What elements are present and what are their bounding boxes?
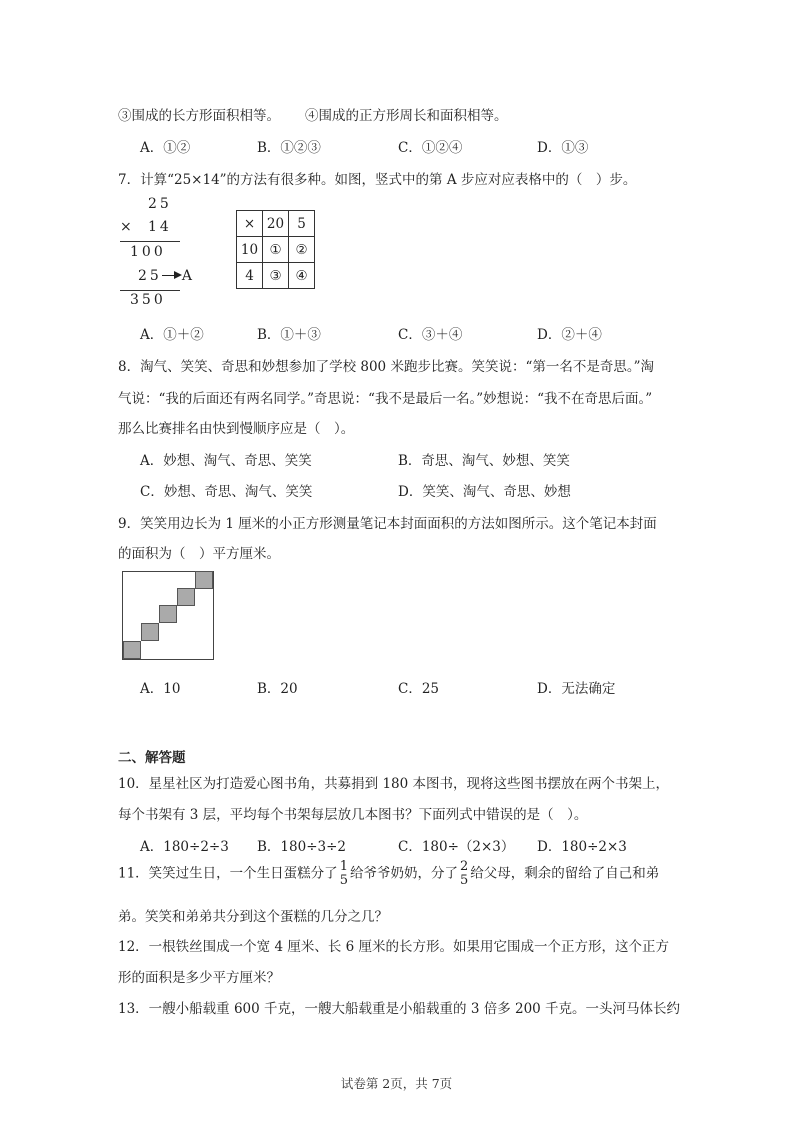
q7-option-a: A．①＋② <box>140 323 204 343</box>
vertical-multiplication: 25 × 14 100 25A 350 <box>118 196 208 311</box>
q7-option-d: D．②＋④ <box>537 323 602 343</box>
fraction-denominator: 5 <box>340 874 348 888</box>
q6-option-c: C．①②④ <box>398 136 462 156</box>
q9-option-c: C．25 <box>398 677 439 697</box>
q11-suffix: 给父母，剩余的留给了自己和弟 <box>470 866 659 882</box>
unit-square <box>159 605 177 623</box>
q10-line-2: 每个书架有 3 层，平均每个书架每层放几本图书？下面列式中错误的是（ ）。 <box>118 803 587 823</box>
vm-rule-1 <box>120 241 180 242</box>
q8-options-row-1: A．妙想、淘气、奇思、笑笑 B．奇思、淘气、妙想、笑笑 <box>0 449 793 469</box>
fraction-one-fifth: 15 <box>340 860 348 888</box>
q10-option-a: A．180÷2÷3 <box>140 835 229 855</box>
section-title: 二、解答题 <box>118 746 186 766</box>
q10-options: A．180÷2÷3 B．180÷3÷2 C．180÷（2×3） D．180÷2×… <box>0 835 793 855</box>
q8-line-1: 8．淘气、笑笑、奇思和妙想参加了学校 800 米跑步比赛。笑笑说：“第一名不是奇… <box>118 355 654 375</box>
q6-options: A．①② B．①②③ C．①②④ D．①③ <box>0 136 793 156</box>
q8-line-3: 那么比赛排名由快到慢顺序应是（ ）。 <box>118 417 354 437</box>
q11-line-1: 11．笑笑过生日，一个生日蛋糕分了15给爷爷奶奶，分了25给父母，剩余的留给了自… <box>118 860 659 888</box>
q9-option-a: A．10 <box>140 677 180 697</box>
q7-option-c: C．③＋④ <box>398 323 462 343</box>
grid-cell: ③ <box>263 263 289 289</box>
fraction-denominator: 5 <box>460 874 468 888</box>
unit-square <box>177 588 195 606</box>
q7-options: A．①＋② B．①＋③ C．③＋④ D．②＋④ <box>0 323 793 343</box>
q7-option-b: B．①＋③ <box>257 323 321 343</box>
vm-row3: 100 <box>130 244 166 260</box>
unit-square <box>141 623 159 641</box>
fraction-numerator: 2 <box>460 860 468 874</box>
fraction-numerator: 1 <box>340 860 348 874</box>
grid-cell: 10 <box>237 237 263 263</box>
grid-row: 10 ① ② <box>237 237 315 263</box>
arrow-right-icon <box>162 271 182 281</box>
vm-row2: 14 <box>148 219 172 235</box>
unit-square <box>123 641 141 659</box>
grid-cell: × <box>237 211 263 237</box>
notebook-cover-figure <box>122 571 214 660</box>
vm-row4-label: A <box>182 268 195 284</box>
q12-line-2: 形的面积是多少平方厘米？ <box>118 966 280 986</box>
q6-option-d: D．①③ <box>537 136 588 156</box>
grid-row: × 20 5 <box>237 211 315 237</box>
q12-line-1: 12．一根铁丝围成一个宽 4 厘米、长 6 厘米的长方形。如果用它围成一个正方形… <box>118 935 669 955</box>
q8-option-d: D．笑笑、淘气、奇思、妙想 <box>398 480 571 500</box>
q11-prefix: 11．笑笑过生日，一个生日蛋糕分了 <box>118 866 338 882</box>
grid-cell: ② <box>289 237 315 263</box>
grid-cell: ④ <box>289 263 315 289</box>
q6-statement-3: ③围成的长方形面积相等。 <box>118 104 280 124</box>
q9-line-2: 的面积为（ ）平方厘米。 <box>118 542 280 562</box>
q9-line-1: 9．笑笑用边长为 1 厘米的小正方形测量笔记本封面面积的方法如图所示。这个笔记本… <box>118 512 657 532</box>
vm-times-sign: × <box>120 219 135 235</box>
q11-line-2: 弟。笑笑和弟弟共分到这个蛋糕的几分之几？ <box>118 905 388 925</box>
q8-option-c: C．妙想、奇思、淘气、笑笑 <box>140 480 312 500</box>
q10-option-c: C．180÷（2×3） <box>398 835 514 855</box>
q6-statement-4: ④围成的正方形周长和面积相等。 <box>305 104 508 124</box>
grid-cell: 20 <box>263 211 289 237</box>
grid-cell: ① <box>263 237 289 263</box>
vm-row4-value: 25 <box>138 268 162 284</box>
multiplication-grid-table: × 20 5 10 ① ② 4 ③ ④ <box>236 210 315 289</box>
q8-options-row-2: C．妙想、奇思、淘气、笑笑 D．笑笑、淘气、奇思、妙想 <box>0 480 793 500</box>
q6-option-b: B．①②③ <box>257 136 321 156</box>
page-footer: 试卷第 2页，共 7页 <box>0 1074 793 1092</box>
q9-option-d: D．无法确定 <box>537 677 615 697</box>
vm-rule-2 <box>120 290 180 291</box>
q8-line-2: 气说：“我的后面还有两名同学。”奇思说：“我不是最后一名。”妙想说：“我不在奇思… <box>118 387 652 407</box>
q13-line-1: 13．一艘小船载重 600 千克，一艘大船载重是小船载重的 3 倍多 200 千… <box>118 997 680 1017</box>
q10-option-b: B．180÷3÷2 <box>257 835 346 855</box>
fraction-two-fifths: 25 <box>460 860 468 888</box>
q10-line-1: 10．星星社区为打造爱心图书角，共募捐到 180 本图书，现将这些图书摆放在两个… <box>118 772 669 792</box>
vm-row1: 25 <box>148 196 172 212</box>
grid-cell: 4 <box>237 263 263 289</box>
grid-cell: 5 <box>289 211 315 237</box>
vm-row4: 25A <box>138 268 195 284</box>
grid-row: 4 ③ ④ <box>237 263 315 289</box>
q10-option-d: D．180÷2×3 <box>537 835 627 855</box>
q8-option-a: A．妙想、淘气、奇思、笑笑 <box>140 449 312 469</box>
q9-options: A．10 B．20 C．25 D．无法确定 <box>0 677 793 697</box>
q6-option-a: A．①② <box>140 136 190 156</box>
q11-mid: 给爷爷奶奶，分了 <box>350 866 458 882</box>
q9-option-b: B．20 <box>257 677 298 697</box>
vm-row5: 350 <box>130 292 166 308</box>
unit-square <box>195 571 213 589</box>
q8-option-b: B．奇思、淘气、妙想、笑笑 <box>398 449 570 469</box>
q7-text: 7．计算“25×14”的方法有很多种。如图，竖式中的第 A 步应对应表格中的（ … <box>118 168 636 188</box>
